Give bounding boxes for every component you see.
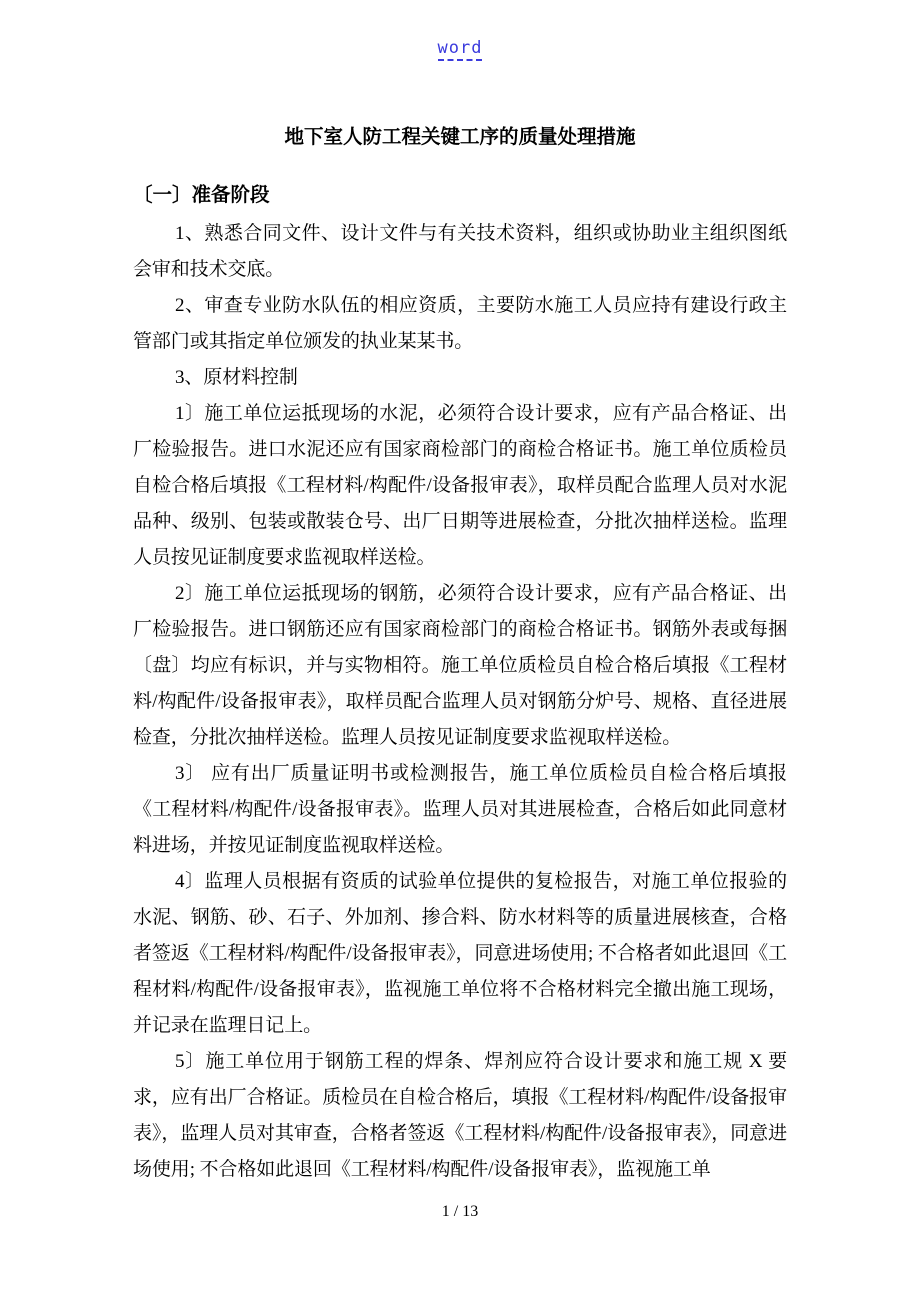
body-paragraph: 3、原材料控制 bbox=[133, 360, 787, 396]
document-header: word bbox=[0, 38, 920, 61]
document-page: word 地下室人防工程关键工序的质量处理措施 〔一〕准备阶段 1、熟悉合同文件… bbox=[0, 0, 920, 1302]
body-paragraph: 2、审查专业防水队伍的相应资质，主要防水施工人员应持有建设行政主管部门或其指定单… bbox=[133, 288, 787, 360]
document-title: 地下室人防工程关键工序的质量处理措施 bbox=[133, 127, 787, 148]
word-link[interactable]: word bbox=[438, 38, 483, 61]
section-heading: 〔一〕准备阶段 bbox=[133, 185, 787, 206]
page-footer: 1 / 13 bbox=[0, 1202, 920, 1222]
page-number: 1 / 13 bbox=[442, 1203, 478, 1220]
body-paragraph: 2〕施工单位运抵现场的钢筋，必须符合设计要求，应有产品合格证、出厂检验报告。进口… bbox=[133, 576, 787, 756]
body-paragraph: 3〕 应有出厂质量证明书或检测报告，施工单位质检员自检合格后填报《工程材料/构配… bbox=[133, 756, 787, 864]
body-paragraph: 4〕监理人员根据有资质的试验单位提供的复检报告，对施工单位报验的水泥、钢筋、砂、… bbox=[133, 864, 787, 1044]
body-paragraph: 5〕施工单位用于钢筋工程的焊条、焊剂应符合设计要求和施工规 X 要求，应有出厂合… bbox=[133, 1044, 787, 1188]
body-paragraph: 1〕施工单位运抵现场的水泥，必须符合设计要求，应有产品合格证、出厂检验报告。进口… bbox=[133, 396, 787, 576]
document-content: 地下室人防工程关键工序的质量处理措施 〔一〕准备阶段 1、熟悉合同文件、设计文件… bbox=[0, 127, 920, 1188]
body-paragraph: 1、熟悉合同文件、设计文件与有关技术资料，组织或协助业主组织图纸会审和技术交底。 bbox=[133, 216, 787, 288]
document-body: 1、熟悉合同文件、设计文件与有关技术资料，组织或协助业主组织图纸会审和技术交底。… bbox=[133, 216, 787, 1188]
